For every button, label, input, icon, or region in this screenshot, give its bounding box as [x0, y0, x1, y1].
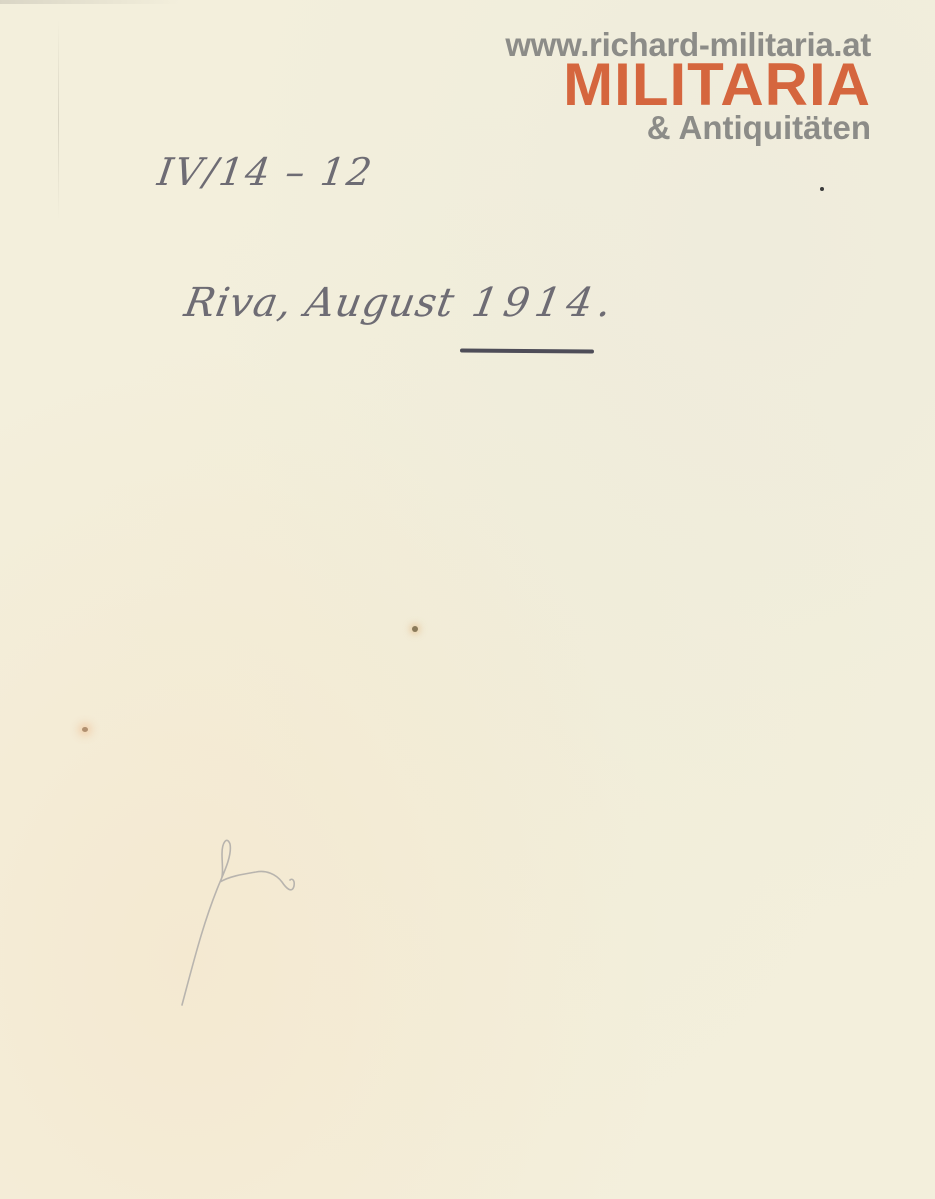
paper-stain [412, 626, 418, 632]
handwritten-reference-number: IV/14 – 12 [155, 150, 376, 194]
paper-top-edge [0, 0, 180, 4]
watermark-subtitle: & Antiquitäten [505, 111, 871, 144]
paper-stain [82, 727, 88, 732]
handwritten-place-month: Riva, August [181, 280, 459, 326]
handwritten-year: 1914. [468, 280, 621, 326]
watermark-logo: www.richard-militaria.at MILITARIA & Ant… [505, 28, 871, 144]
handwritten-place-date: Riva, August1914. [181, 280, 621, 326]
paper-speck [820, 187, 824, 191]
pencil-scribble-icon [160, 820, 320, 1020]
watermark-brand: MILITARIA [505, 55, 871, 115]
year-underline [460, 349, 594, 354]
paper-background: www.richard-militaria.at MILITARIA & Ant… [0, 0, 935, 1199]
paper-crease [58, 20, 59, 220]
